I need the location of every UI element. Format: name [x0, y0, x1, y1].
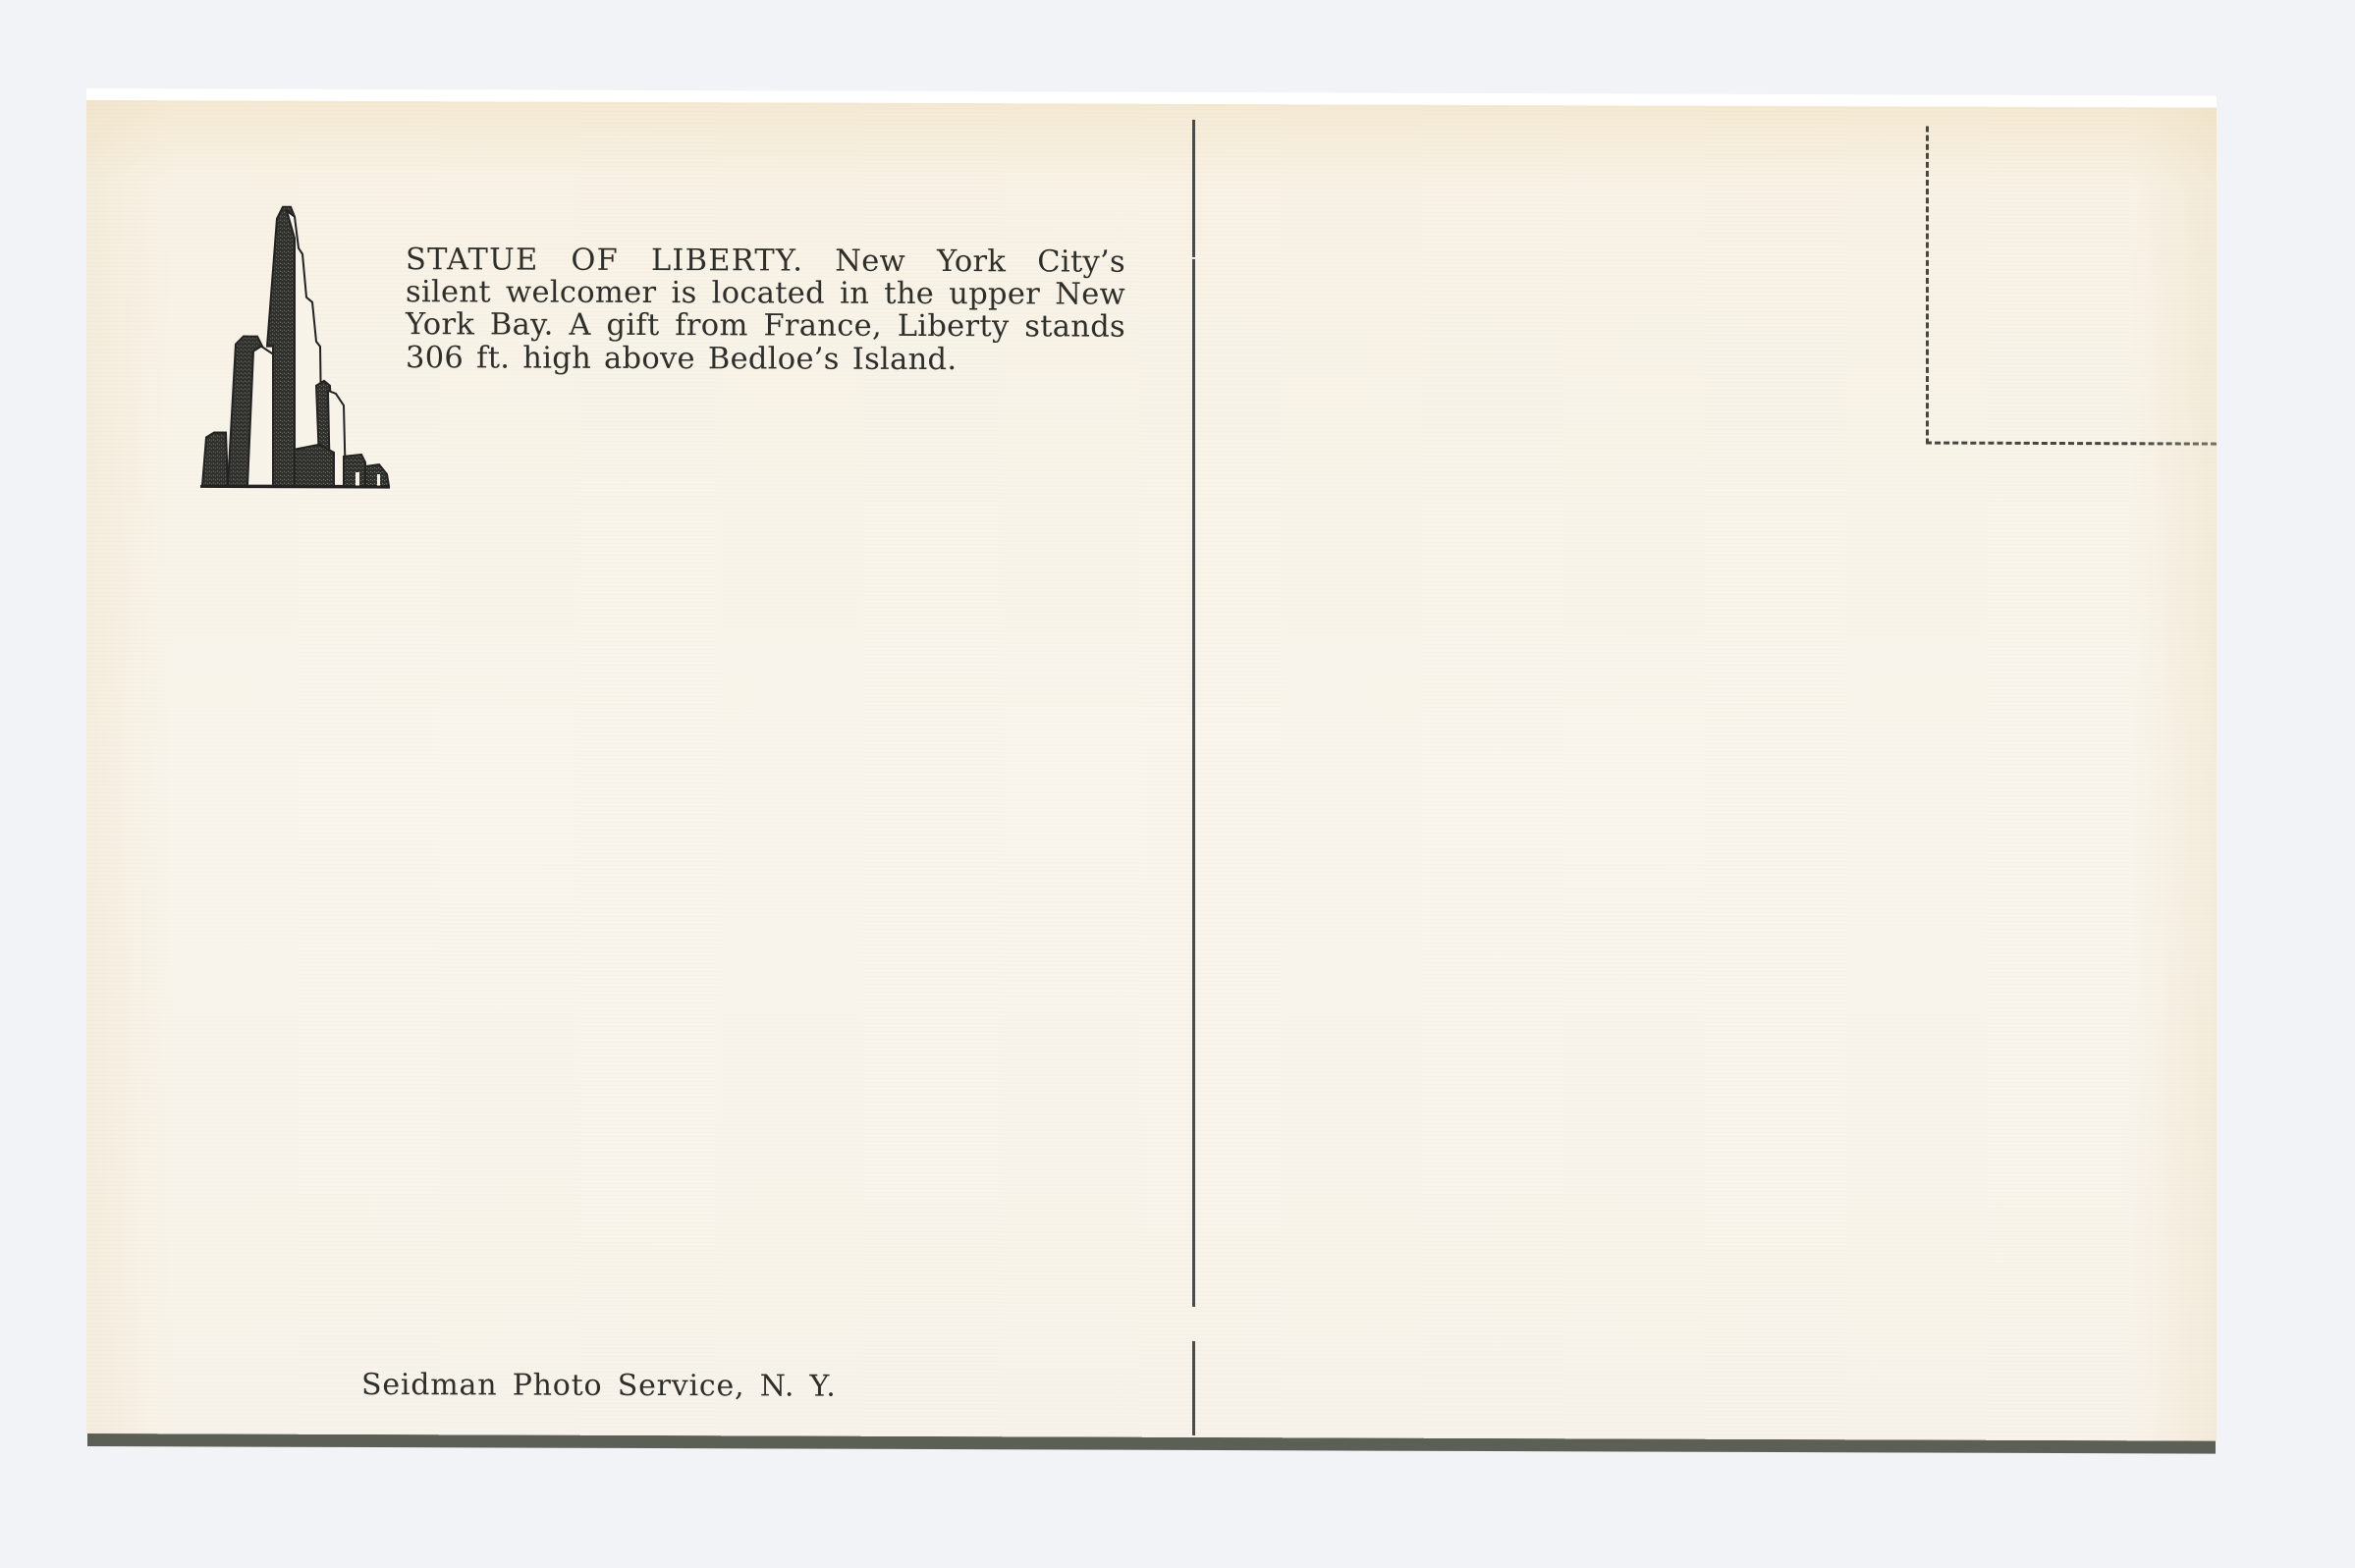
postcard-back: STATUE OF LIBERTY. New York City’s silen…: [86, 100, 2217, 1441]
center-divider-line: [1192, 259, 1195, 1307]
caption-text: STATUE OF LIBERTY. New York City’s silen…: [406, 243, 1125, 376]
publisher-credit: Seidman Photo Service, N. Y.: [361, 1368, 837, 1404]
skyscraper-icon: [196, 198, 393, 490]
center-divider-line: [1192, 1341, 1195, 1435]
center-divider-line: [1192, 120, 1195, 257]
stamp-placement-box: [1926, 127, 2217, 446]
caption-title: STATUE OF LIBERTY.: [406, 243, 803, 278]
